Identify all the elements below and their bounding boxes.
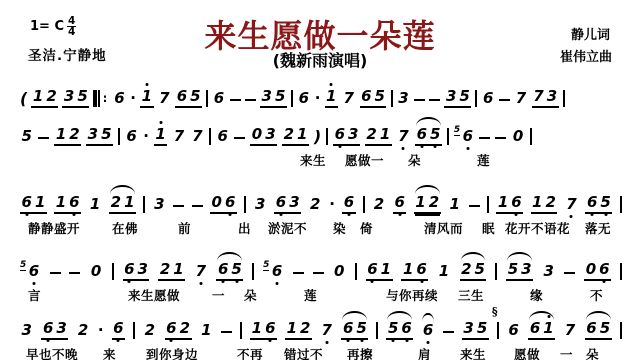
- lyrics-row: 早也不晚来到你身边不再错过不再擦肩来生愿做一朵: [0, 345, 640, 360]
- note-digit: 1: [296, 126, 309, 142]
- note-digit: 3: [254, 196, 267, 212]
- barline: [206, 90, 208, 107]
- low-octave-dot: [360, 339, 363, 342]
- lyric-word: 愿做一: [345, 151, 384, 169]
- lyric-word: 静静盛开: [28, 219, 80, 237]
- note: 12: [31, 88, 58, 108]
- barline: [209, 128, 211, 145]
- note-digit: 1: [123, 194, 136, 210]
- note-digit: 7: [563, 322, 576, 338]
- note: 06: [584, 261, 611, 281]
- note: 21: [109, 194, 136, 214]
- note-digit: 6: [112, 320, 125, 336]
- duration-dash: [414, 99, 425, 102]
- repeat-thick-bar: [93, 90, 97, 107]
- note-digit: 6: [175, 88, 188, 104]
- note-digit: 6: [223, 194, 236, 210]
- barline: [133, 322, 135, 339]
- note-digit: 0: [89, 263, 102, 279]
- note: 6: [113, 90, 126, 108]
- lyric-word: 朵: [586, 345, 599, 360]
- note-digit: 6: [360, 88, 373, 104]
- note-digit: 6: [123, 261, 136, 277]
- note-digit: 6: [333, 126, 346, 142]
- note: 65: [415, 126, 442, 146]
- note-digit: 6: [461, 128, 474, 144]
- note: 6: [507, 322, 520, 340]
- barline: [447, 128, 449, 145]
- grace-note: 5: [263, 261, 269, 271]
- barline: [495, 263, 497, 280]
- note-digit: 3: [260, 88, 273, 104]
- barline: [252, 263, 254, 280]
- barline: [475, 90, 477, 107]
- segno-icon: §: [492, 306, 498, 317]
- low-octave-dot: [222, 280, 225, 283]
- tie-arc: [461, 252, 486, 261]
- lyric-word: 愿做: [514, 345, 540, 360]
- note-digit: 6: [366, 261, 379, 277]
- note: 6: [125, 128, 138, 146]
- low-octave-dot: [371, 280, 374, 283]
- note-digit: 7: [158, 90, 171, 106]
- note: 3: [542, 263, 555, 281]
- note-digit: 2: [178, 320, 191, 336]
- barline: [391, 90, 393, 107]
- notation-row: 512356·17760321)6321765560: [20, 124, 532, 146]
- note-digit: 2: [76, 322, 89, 338]
- note-digit: 2: [308, 196, 321, 212]
- note: 7: [565, 196, 578, 214]
- note: 62: [165, 320, 192, 340]
- note-digit: 1: [54, 194, 67, 210]
- note: 7: [397, 128, 410, 146]
- note-digit: 3: [520, 261, 533, 277]
- duration-dash: [230, 99, 241, 102]
- note: 35: [444, 88, 471, 108]
- note-digit: 6: [482, 90, 495, 106]
- duration-dash: [234, 137, 245, 140]
- barline: [143, 196, 145, 213]
- note: 1: [448, 196, 461, 214]
- low-octave-dot: [279, 213, 282, 216]
- repeat-dots: :: [101, 91, 108, 106]
- lyric-word: 言: [28, 286, 41, 304]
- note: 1: [88, 196, 101, 214]
- note-digit: 5: [506, 261, 519, 277]
- lyrics-row: 言来生愿做一朵莲与你再续三生缘不: [0, 286, 640, 302]
- note-digit: 3: [462, 320, 475, 336]
- note-digit: 6: [415, 261, 428, 277]
- note-digit: 1: [437, 263, 450, 279]
- note-digit: 6: [598, 261, 611, 277]
- note: 2: [308, 196, 321, 214]
- duration-dash: [38, 137, 49, 140]
- note: 65: [585, 320, 612, 340]
- barline: [355, 263, 357, 280]
- note-digit: 7: [514, 90, 527, 106]
- lyric-word: 来生愿做: [128, 286, 180, 304]
- note-digit: 0: [584, 261, 597, 277]
- low-octave-dot: [347, 213, 350, 216]
- note-digit: 7: [191, 128, 204, 144]
- tie-arc: [342, 311, 367, 320]
- lyric-word: 再擦: [347, 345, 373, 360]
- note-digit: 6: [41, 320, 54, 336]
- lyric-word: 落无: [585, 219, 611, 237]
- note-digit: 5: [100, 126, 113, 142]
- duration-dash: [173, 205, 184, 208]
- notation-row: 3632·62621161276556635§661765: [20, 318, 622, 340]
- note-digit: 3: [545, 88, 558, 104]
- note-digit: 6: [165, 320, 178, 336]
- note-digit: 2: [158, 261, 171, 277]
- note-digit: 3: [86, 126, 99, 142]
- lyric-word: 不再: [237, 345, 263, 360]
- tie-arc: [586, 311, 611, 320]
- lyric-word: 来生: [300, 151, 326, 169]
- note: 56: [263, 263, 284, 281]
- low-octave-dot: [32, 282, 35, 285]
- low-octave-dot: [466, 147, 469, 150]
- lyric-word: 莲: [304, 286, 317, 304]
- score-line-2: 512356·17760321)6321765560 来生愿做一朵莲: [20, 124, 532, 146]
- lyricist-credit: 静儿词: [571, 24, 610, 43]
- note-digit: 6: [216, 128, 229, 144]
- note-digit: 6: [27, 263, 40, 279]
- note-digit: 1: [140, 88, 153, 104]
- note: 7: [320, 322, 333, 340]
- note: 16: [496, 194, 523, 214]
- notation-row: (1235:6·17656356·17653356773: [20, 86, 565, 108]
- note-digit: 6: [274, 194, 287, 210]
- duration-dash: [245, 99, 256, 102]
- note-digit: 3: [62, 88, 75, 104]
- note: 6: [482, 90, 495, 108]
- note: 16: [54, 194, 81, 214]
- note-digit: 5: [475, 320, 488, 336]
- tie-arc: [387, 311, 412, 320]
- duration-dash: [443, 331, 454, 334]
- note: 65: [360, 88, 387, 108]
- low-octave-dot: [347, 339, 350, 342]
- note-digit: 6: [68, 194, 81, 210]
- note-digit: 6: [585, 194, 598, 210]
- note: 03: [250, 126, 277, 146]
- note-digit: 5: [373, 88, 386, 104]
- note-digit: 1: [531, 194, 544, 210]
- note-digit: 2: [68, 126, 81, 142]
- note-digit: 7: [342, 90, 355, 106]
- low-octave-dot: [591, 213, 594, 216]
- note: 16: [401, 261, 428, 281]
- note: 65: [216, 261, 243, 281]
- note-digit: 3: [55, 320, 68, 336]
- lyric-word: 倚: [360, 219, 373, 237]
- note: 35: [62, 88, 89, 108]
- barline: [112, 263, 114, 280]
- note-digit: 2: [372, 196, 385, 212]
- note-digit: 1: [33, 194, 46, 210]
- note-digit: 1: [414, 194, 427, 210]
- note-digit: 2: [143, 322, 156, 338]
- note-digit: 2: [282, 126, 295, 142]
- note: 7: [194, 263, 207, 281]
- low-octave-dot: [570, 215, 573, 218]
- note-digit: 6: [20, 194, 33, 210]
- lyric-word: 一: [212, 286, 225, 304]
- low-octave-dot: [603, 280, 606, 283]
- note-digit: 1: [31, 88, 44, 104]
- low-octave-dot: [398, 213, 401, 216]
- grace-note: 5: [454, 126, 460, 136]
- note: 61: [366, 261, 393, 281]
- low-octave-dot: [515, 213, 518, 216]
- note-digit: 7: [565, 196, 578, 212]
- lyric-word: 来: [103, 345, 116, 360]
- low-octave-dot: [434, 145, 437, 148]
- note: 2: [372, 196, 385, 214]
- duration-dash: [221, 331, 232, 334]
- barline: [620, 196, 622, 213]
- tie-arc: [507, 252, 532, 261]
- augmentation-dot: ·: [98, 324, 104, 336]
- note: 56: [386, 320, 413, 340]
- high-octave-dot: [159, 121, 162, 124]
- note: 6: [216, 128, 229, 146]
- repeat-thin-bar: [98, 90, 100, 107]
- note-digit: 6: [342, 194, 355, 210]
- note: 63: [123, 261, 150, 281]
- performer-subtitle: (魏新雨演唱): [0, 48, 640, 71]
- note-digit: 3: [542, 263, 555, 279]
- barline: [118, 128, 120, 145]
- note-digit: 3: [288, 194, 301, 210]
- low-octave-dot: [269, 339, 272, 342]
- lyric-word: 眠: [482, 219, 495, 237]
- duration-dash: [293, 272, 304, 275]
- lyric-word: 朵: [244, 286, 257, 304]
- lyric-word: 到你身边: [146, 345, 198, 360]
- note: 35: [260, 88, 287, 108]
- note: 6: [112, 320, 125, 340]
- note-digit: 6: [528, 320, 541, 336]
- low-octave-dot: [128, 280, 131, 283]
- note-digit: 1: [448, 196, 461, 212]
- low-octave-dot: [117, 339, 120, 342]
- note-digit: 0: [332, 263, 345, 279]
- low-octave-dot: [420, 145, 423, 148]
- low-octave-dot: [604, 213, 607, 216]
- note-digit: 6: [393, 194, 406, 210]
- note-digit: 2: [365, 126, 378, 142]
- duration-dash: [313, 272, 324, 275]
- duration-dash: [564, 272, 575, 275]
- low-octave-dot: [427, 341, 430, 344]
- lyric-word: 错过不: [284, 345, 323, 360]
- lyric-word: 早也不晚: [26, 345, 78, 360]
- note: 06: [210, 194, 237, 214]
- note: 65: [585, 194, 612, 214]
- note: 7: [563, 322, 576, 340]
- note-digit: 6: [421, 322, 434, 338]
- note-digit: 2: [45, 88, 58, 104]
- note: 53: [506, 261, 533, 281]
- note: 1: [200, 322, 213, 340]
- note-digit: 1: [200, 322, 213, 338]
- barline: [363, 196, 365, 213]
- note-digit: 3: [397, 90, 410, 106]
- note-digit: 1: [172, 261, 185, 277]
- note-digit: 2: [109, 194, 122, 210]
- note-digit: 6: [341, 320, 354, 336]
- note: 7: [191, 128, 204, 146]
- note: 0: [89, 263, 102, 281]
- duration-dash: [469, 205, 480, 208]
- duration-dash: [479, 137, 490, 140]
- note: 7: [514, 90, 527, 108]
- tie-arc: [415, 185, 440, 194]
- note: 3: [254, 196, 267, 214]
- note: 3: [153, 196, 166, 214]
- barline: [244, 196, 246, 213]
- note: 3: [20, 322, 33, 340]
- note-digit: 3: [20, 322, 33, 338]
- note: 0: [332, 263, 345, 281]
- note: 12: [54, 126, 81, 146]
- note: 21: [158, 261, 185, 281]
- note: 73: [532, 88, 559, 108]
- note: 16: [250, 320, 277, 340]
- lyric-word: 前: [178, 219, 191, 237]
- note-digit: 2: [427, 194, 440, 210]
- note-digit: 6: [585, 320, 598, 336]
- duration-dash: [192, 205, 203, 208]
- duration-dash: [429, 99, 440, 102]
- lyric-word: 出: [238, 219, 251, 237]
- note-digit: 1: [496, 194, 509, 210]
- note-digit: 3: [153, 196, 166, 212]
- lyric-word: 莲: [477, 151, 490, 169]
- lyric-word: 缘: [530, 286, 543, 304]
- note-digit: 5: [76, 88, 89, 104]
- note: 6: [421, 322, 434, 340]
- note-digit: 5: [598, 320, 611, 336]
- lyric-word: 与你再续: [386, 286, 438, 304]
- low-octave-dot: [402, 147, 405, 150]
- augmentation-dot: ·: [143, 130, 149, 142]
- low-octave-dot: [276, 282, 279, 285]
- note: 1: [140, 88, 153, 108]
- note: 63: [274, 194, 301, 214]
- note-digit: 1: [285, 320, 298, 336]
- note-digit: 6: [270, 263, 283, 279]
- barline: [620, 322, 622, 339]
- parenthesis: ): [314, 128, 321, 146]
- note: 25: [460, 261, 487, 281]
- note: 63: [41, 320, 68, 340]
- note: 12: [285, 320, 312, 340]
- note-digit: 5: [355, 320, 368, 336]
- note: 3: [397, 90, 410, 108]
- augmentation-dot: ·: [329, 198, 335, 210]
- lyric-word: 在佛: [112, 219, 138, 237]
- lyric-word: 一: [560, 345, 573, 360]
- lyric-word: 朵: [408, 151, 421, 169]
- note: 12: [414, 194, 441, 214]
- score-line-3: 61161213063632·6261211612765 静静盛开在佛前出淤泥不…: [20, 192, 622, 214]
- parenthesis: (: [20, 90, 27, 108]
- note-digit: 6: [510, 194, 523, 210]
- note-digit: 7: [172, 128, 185, 144]
- lyrics-row: 来生愿做一朵莲: [0, 151, 640, 167]
- note: 21: [282, 126, 309, 146]
- lyric-word: 三生: [458, 286, 484, 304]
- barline: [376, 322, 378, 339]
- note: 0: [511, 128, 524, 146]
- note-digit: 1: [54, 126, 67, 142]
- barline: [291, 90, 293, 107]
- low-octave-dot: [392, 339, 395, 342]
- note: 61: [20, 194, 47, 214]
- note-digit: 6: [297, 90, 310, 106]
- note-digit: 1: [542, 320, 555, 336]
- note-digit: 5: [386, 320, 399, 336]
- low-octave-dot: [199, 282, 202, 285]
- note-digit: 2: [544, 194, 557, 210]
- composer-credit: 崔伟立曲: [560, 46, 612, 65]
- note-digit: 3: [347, 126, 360, 142]
- sheet-music-page: { "header": { "key": "1= C", "time_top":…: [0, 0, 640, 360]
- low-octave-dot: [338, 145, 341, 148]
- note-digit: 3: [264, 126, 277, 142]
- lyric-word: 淤泥不: [268, 219, 307, 237]
- note-digit: 2: [460, 261, 473, 277]
- score-line-4: 5606321765560611612553306 言来生愿做一朵莲与你再续三生…: [20, 259, 622, 281]
- note-digit: 5: [20, 128, 33, 144]
- barline: [487, 196, 489, 213]
- notation-row: 5606321765560611612553306: [20, 259, 622, 281]
- grace-note: 5: [20, 261, 26, 271]
- note-digit: 7: [532, 88, 545, 104]
- note-digit: 1: [88, 196, 101, 212]
- note-digit: 6: [415, 126, 428, 142]
- note: 6: [342, 194, 355, 214]
- note-digit: 1: [378, 126, 391, 142]
- note-digit: 2: [299, 320, 312, 336]
- note-digit: 6: [264, 320, 277, 336]
- note-digit: 1: [401, 261, 414, 277]
- note: 61: [528, 320, 555, 340]
- duration-dash: [499, 99, 510, 102]
- note-digit: 1: [154, 126, 167, 142]
- note: 56: [20, 263, 41, 281]
- note-digit: 7: [194, 263, 207, 279]
- duration-dash: [50, 272, 61, 275]
- note-digit: 6: [113, 90, 126, 106]
- low-octave-dot: [405, 339, 408, 342]
- note-digit: 0: [511, 128, 524, 144]
- duration-dash: [495, 137, 506, 140]
- note: 6: [212, 90, 225, 108]
- low-octave-dot: [25, 213, 28, 216]
- lyric-word: 花开不语花: [505, 219, 570, 237]
- duration-dash: [69, 272, 80, 275]
- high-octave-dot: [330, 83, 333, 86]
- note: 1: [437, 263, 450, 281]
- lyric-word: 来生: [460, 345, 486, 360]
- lyric-word: 染: [333, 219, 346, 237]
